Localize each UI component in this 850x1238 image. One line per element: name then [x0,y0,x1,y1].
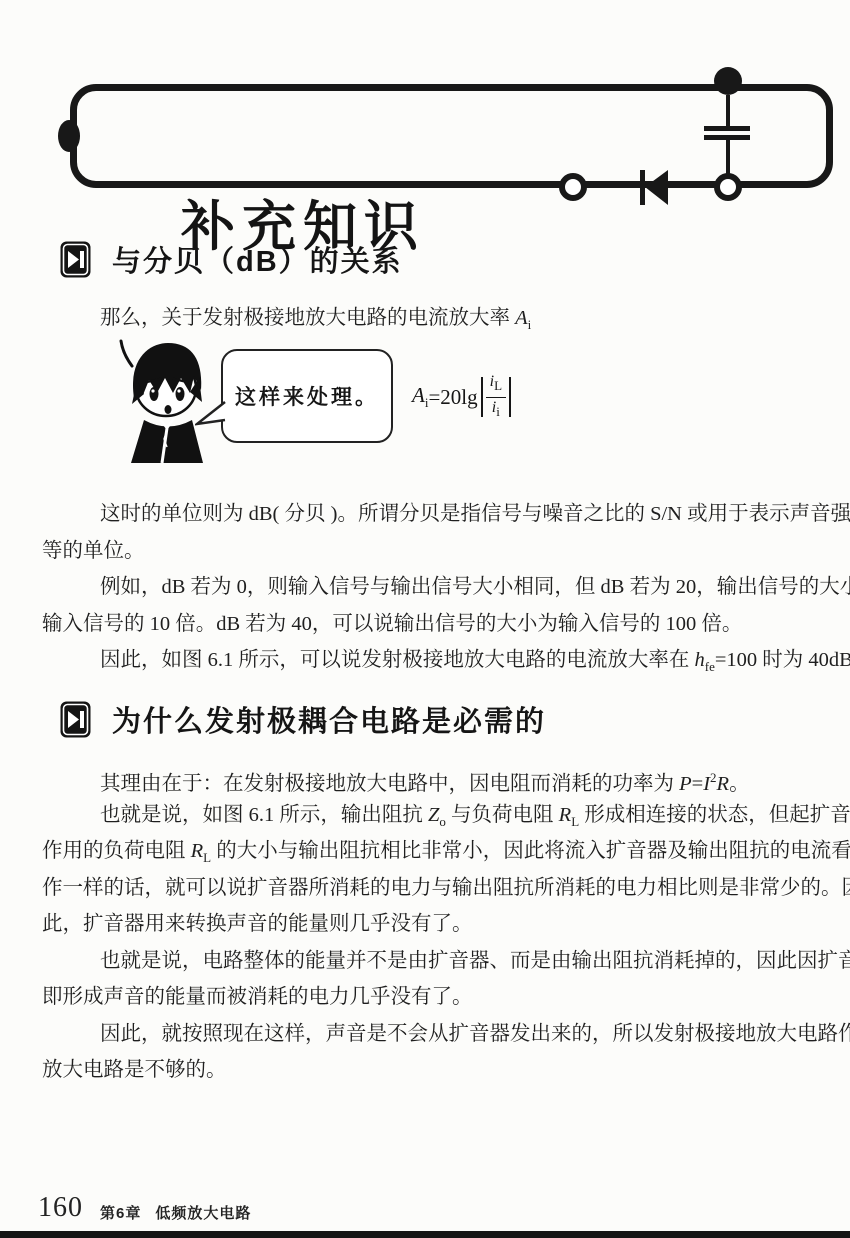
speech-bubble: 这样来处理。 [221,349,393,443]
abs-bar [509,377,511,417]
chapter-label: 第6章 [100,1205,141,1222]
speech-bubble-text: 这样来处理。 [235,381,379,411]
body-line: 输入信号的 10 倍。dB 若为 40，可以说输出信号的大小为输入信号的 100… [42,606,848,643]
section1-body: 这时的单位则为 dB( 分贝 )。所谓分贝是指信号与噪音之比的 S/N 或用于表… [42,496,848,679]
chapter-title: 低频放大电路 [155,1205,251,1222]
body-line: 因此，就按照现在这样，声音是不会从扩音器发出来的，所以发射极接地放大电路作为 [42,1016,848,1053]
body-line: 例如，dB 若为 0，则输入信号与输出信号大小相同，但 dB 若为 20，输出信… [42,569,848,606]
terminal-circle-icon [559,173,587,201]
body-line: 此，扩音器用来转换声音的能量则几乎没有了。 [42,906,848,943]
section-title: 与分贝（dB）的关系 [112,239,403,280]
page-number: 160 [38,1192,83,1224]
body-line: 等的单位。 [42,533,848,570]
intro-text: 那么，关于发射极接地放大电路的电流放大率 Ai [42,303,850,340]
body-line: 也就是说，电路整体的能量并不是由扩音器、而是由输出阻抗消耗掉的，因此因扩音器 [42,943,848,980]
wire [726,140,730,174]
section-heading-db: 与分贝（dB）的关系 [60,239,403,280]
diode-icon [60,701,91,738]
junction-dot-icon [714,67,742,95]
formula-fraction: iL ii [486,373,506,420]
section-title: 为什么发射极耦合电路是必需的 [112,699,546,740]
speech-bubble-tail [195,401,227,427]
body-line: 因此，如图 6.1 所示，可以说发射极接地放大电路的电流放大率在 hfe=100… [42,642,848,679]
body-line: 作一样的话，就可以说扩音器所消耗的电力与输出阻抗所消耗的电力相比则是非常少的。因 [42,870,848,907]
terminal-circle-icon [714,173,742,201]
formula-current-gain: Ai=20lg iL ii [412,371,514,423]
body-line: 即形成声音的能量而被消耗的电力几乎没有了。 [42,979,848,1016]
junction-dot-icon [58,120,80,152]
body-line: 其理由在于：在发射极接地放大电路中，因电阻而消耗的功率为 P=I2R。 [42,760,848,797]
page-edge-bar [0,1231,850,1238]
capacitor-icon [704,126,750,131]
section-heading-emitter-coupling: 为什么发射极耦合电路是必需的 [60,699,546,740]
diode-icon [645,170,668,205]
section2-body: 其理由在于：在发射极接地放大电路中，因电阻而消耗的功率为 P=I2R。 也就是说… [42,760,848,1089]
body-line: 这时的单位则为 dB( 分贝 )。所谓分贝是指信号与噪音之比的 S/N 或用于表… [42,496,848,533]
body-line: 放大电路是不够的。 [42,1052,848,1089]
formula-lhs: A [412,383,425,407]
body-line: 也就是说，如图 6.1 所示，输出阻抗 Zo 与负荷电阻 RL 形成相连接的状态… [42,797,848,834]
body-line: 作用的负荷电阻 RL 的大小与输出阻抗相比非常小，因此将流入扩音器及输出阻抗的电… [42,833,848,870]
chapter-footer: 第6章低频放大电路 [100,1202,251,1223]
wire [726,95,730,126]
formula-mid: =20lg [428,385,477,410]
abs-bar [481,377,483,417]
diode-icon [60,241,91,278]
book-page: 补充知识 与分贝（dB）的关系 那么，关于发射极接地放大电路的电流放大率 Ai [0,0,850,1238]
